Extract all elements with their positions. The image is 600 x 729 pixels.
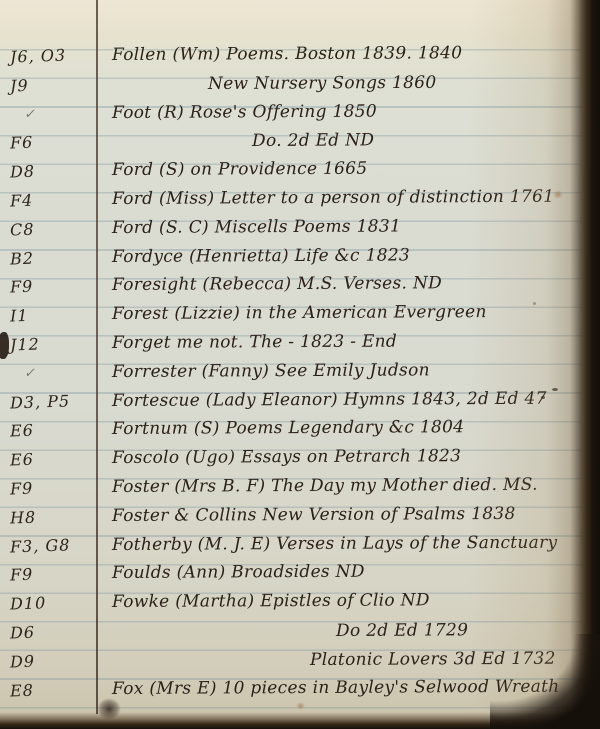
entry-text: Platonic Lovers 3d Ed 1732	[310, 645, 556, 675]
ledger-row: B2Fordyce (Henrietta) Life &c 1823	[0, 243, 588, 272]
entry-text: Foster (Mrs B. F) The Day my Mother died…	[112, 471, 538, 502]
shelfmark-cell: F4	[10, 184, 95, 216]
ledger-row: C8Ford (S. C) Miscells Poems 1831	[0, 214, 588, 243]
shelfmark-cell: F9	[10, 558, 95, 590]
ledger-row: E8Fox (Mrs E) 10 pieces in Bayley's Selw…	[0, 675, 588, 704]
entry-text: Foot (R) Rose's Offering 1850	[112, 97, 377, 127]
entry-text: New Nursery Songs 1860	[208, 69, 437, 99]
shelfmark-cell: F6	[10, 126, 95, 158]
entry-text: Foulds (Ann) Broadsides ND	[112, 558, 365, 588]
ledger-row: I1Forest (Lizzie) in the American Evergr…	[0, 300, 588, 329]
ledger-row: H8Foster & Collins New Version of Psalms…	[0, 502, 588, 531]
entry-text: Fowke (Martha) Epistles of Clio ND	[112, 587, 430, 618]
shelfmark-cell: D8	[10, 155, 95, 187]
shelfmark-cell: D10	[10, 587, 95, 619]
ledger-rows: J6, O3Follen (Wm) Poems. Boston 1839. 18…	[0, 0, 600, 729]
ledger-row: J12Forget me not. The - 1823 - End	[0, 329, 588, 358]
shelfmark-cell: J9	[10, 68, 95, 100]
ink-blot-bottom	[97, 698, 121, 720]
book-edge-bottom	[0, 712, 600, 729]
entry-text: Foresight (Rebecca) M.S. Verses. ND	[112, 270, 442, 301]
shelfmark-cell: E6	[10, 414, 95, 446]
shelfmark-cell: B2	[10, 241, 95, 273]
entry-text: Forget me not. The - 1823 - End	[112, 328, 397, 358]
entry-text: Foscolo (Ugo) Essays on Petrarch 1823	[112, 442, 461, 473]
shelfmark-cell: I1	[10, 299, 95, 331]
shelfmark-cell: J6, O3	[10, 40, 95, 72]
book-edge-right	[570, 0, 600, 729]
shelfmark-cell: D9	[10, 644, 95, 676]
ledger-row: D9Platonic Lovers 3d Ed 1732	[0, 646, 588, 675]
shelfmark-cell: E6	[10, 443, 95, 475]
manuscript-ledger-page: J6, O3Follen (Wm) Poems. Boston 1839. 18…	[0, 0, 600, 729]
entry-text: Forrester (Fanny) See Emily Judson	[112, 356, 430, 387]
shelfmark-cell: J12	[10, 328, 95, 360]
ledger-row: D6Do 2d Ed 1729	[0, 617, 588, 646]
checkmark-icon: ✓	[10, 97, 109, 129]
shelfmark-cell: F9	[10, 472, 95, 504]
entry-text: Ford (Miss) Letter to a person of distin…	[112, 183, 554, 214]
ledger-row: D8Ford (S) on Providence 1665	[0, 156, 588, 185]
ledger-row: F9Foresight (Rebecca) M.S. Verses. ND	[0, 271, 588, 300]
ledger-row: F3, G8Fotherby (M. J. E) Verses in Lays …	[0, 531, 588, 560]
entry-text: Fortescue (Lady Eleanor) Hymns 1843, 2d …	[112, 384, 547, 415]
ledger-row: F6Do. 2d Ed ND	[0, 127, 588, 156]
entry-text: Foster & Collins New Version of Psalms 1…	[112, 500, 516, 531]
ledger-row: F9Foster (Mrs B. F) The Day my Mother di…	[0, 473, 588, 502]
ledger-row: F9Foulds (Ann) Broadsides ND	[0, 559, 588, 588]
shelfmark-cell: H8	[10, 500, 95, 532]
ledger-row: E6Fortnum (S) Poems Legendary &c 1804	[0, 415, 588, 444]
ledger-row: J6, O3Follen (Wm) Poems. Boston 1839. 18…	[0, 41, 588, 70]
entry-text: Follen (Wm) Poems. Boston 1839. 1840	[112, 39, 463, 70]
ledger-row: D3, P5Fortescue (Lady Eleanor) Hymns 184…	[0, 387, 588, 416]
shelfmark-cell: F3, G8	[10, 529, 95, 561]
shelfmark-cell: F9	[10, 270, 95, 302]
entry-text: Do 2d Ed 1729	[336, 616, 468, 646]
ledger-row: D10Fowke (Martha) Epistles of Clio ND	[0, 588, 588, 617]
entry-text: Fox (Mrs E) 10 pieces in Bayley's Selwoo…	[112, 672, 560, 703]
ledger-row: J9New Nursery Songs 1860	[0, 70, 588, 99]
paper-stain	[553, 190, 563, 199]
shelfmark-cell: D3, P5	[10, 385, 95, 417]
entry-text: Forest (Lizzie) in the American Evergree…	[112, 298, 487, 329]
shelfmark-cell: D6	[10, 616, 95, 648]
shelfmark-cell: C8	[10, 212, 95, 244]
entry-text: Fordyce (Henrietta) Life &c 1823	[112, 241, 410, 272]
ledger-row: E6Foscolo (Ugo) Essays on Petrarch 1823	[0, 444, 588, 473]
ledger-row: ✓Foot (R) Rose's Offering 1850	[0, 99, 588, 128]
entry-text: Fotherby (M. J. E) Verses in Lays of the…	[112, 528, 558, 559]
ink-speck	[541, 396, 545, 399]
entry-text: Do. 2d Ed ND	[252, 127, 374, 157]
entry-text: Ford (S) on Providence 1665	[112, 155, 368, 185]
entry-text: Ford (S. C) Miscells Poems 1831	[112, 212, 401, 243]
checkmark-icon: ✓	[10, 356, 109, 388]
ledger-row: F4Ford (Miss) Letter to a person of dist…	[0, 185, 588, 214]
shelfmark-cell: E8	[10, 673, 95, 705]
ink-speck	[533, 302, 536, 305]
ledger-row: ✓Forrester (Fanny) See Emily Judson	[0, 358, 588, 387]
entry-text: Fortnum (S) Poems Legendary &c 1804	[112, 414, 464, 445]
paper-stain	[296, 702, 305, 710]
ink-speck	[552, 388, 558, 391]
